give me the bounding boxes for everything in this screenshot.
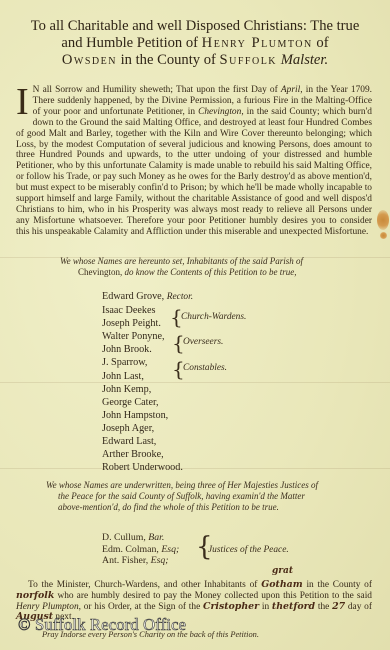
paper-fold-line xyxy=(0,382,390,383)
closing-text: the xyxy=(315,602,332,612)
title-text: of xyxy=(313,35,329,51)
closing-text: day of xyxy=(345,602,372,612)
handwritten-town: thetford xyxy=(272,601,315,612)
handwritten-annotation: grat xyxy=(272,566,293,576)
title-text: in the County of xyxy=(117,52,220,68)
attestation-line: We whose Names are hereunto set, Inhabit… xyxy=(60,256,350,267)
signatory-name: Edward Last, xyxy=(102,436,156,447)
trade: Malster. xyxy=(281,52,328,68)
parish-attestation: We whose Names are hereunto set, Inhabit… xyxy=(60,256,350,278)
signatory: John Hampston, xyxy=(102,409,193,422)
justice-name: Ant. Fisher, xyxy=(102,555,148,566)
role-church-wardens: Church-Wardens. xyxy=(181,312,246,322)
paper-stain xyxy=(377,210,389,230)
signatory-name: John Hampston, xyxy=(102,410,168,421)
petition-document: To all Charitable and well Disposed Chri… xyxy=(0,0,390,650)
signatory-name: George Cater, xyxy=(102,397,159,408)
signatory-name: Joseph Peight. xyxy=(102,318,161,329)
signatory: Robert Underwood. xyxy=(102,461,193,474)
signatory: Arther Brooke, xyxy=(102,448,193,461)
drop-cap: I xyxy=(16,86,29,118)
justice-title: Esq; xyxy=(161,544,179,555)
handwritten-place: Gotham xyxy=(261,579,302,590)
copyright-watermark: © Suffolk Record Office xyxy=(18,615,186,635)
justice-name: D. Cullum, xyxy=(102,532,146,543)
title-line-2: and Humble Petition of Henry Plumton of xyxy=(10,35,380,52)
petition-body: IN all Sorrow and Humility sheweth; That… xyxy=(16,85,372,238)
attestation-line: Chevington, do know the Contents of this… xyxy=(60,267,350,278)
justice: Edm. Colman, Esq; xyxy=(102,544,179,556)
signatory-name: Arther Brooke, xyxy=(102,449,164,460)
closing-text: in xyxy=(259,602,272,612)
justices-list: D. Cullum, Bar. Edm. Colman, Esq; Ant. F… xyxy=(102,532,179,567)
attestation-line: the Peace for the said County of Suffolk… xyxy=(46,491,376,502)
closing-text: who are humbly desired to pay the Money … xyxy=(54,591,372,601)
title-text: and Humble Petition of xyxy=(61,35,201,51)
body-text: N all Sorrow and Humility sheweth; That … xyxy=(33,85,281,95)
role-justices: Justices of the Peace. xyxy=(208,545,289,555)
signatory-name: Joseph Ager, xyxy=(102,423,154,434)
closing-text: , or his Order, at the Sign of the xyxy=(79,602,203,612)
handwritten-day: 27 xyxy=(332,601,345,612)
title-line-1: To all Charitable and well Disposed Chri… xyxy=(10,18,380,35)
petitioner-name: Henry Plumpton xyxy=(16,602,79,612)
signatory-name: J. Sparrow, xyxy=(102,357,147,368)
justices-attestation: We whose Names are underwritten, being t… xyxy=(46,480,376,513)
paper-fold-line xyxy=(0,468,390,469)
title-line-3: Owsden in the County of Suffolk Malster. xyxy=(10,52,380,69)
petitioner-name: Henry Plumton xyxy=(202,35,313,51)
place-name: Owsden xyxy=(62,52,117,68)
county-name: Suffolk xyxy=(220,52,278,68)
closing-text: in the County of xyxy=(303,580,372,590)
role-overseers: Overseers. xyxy=(183,337,223,347)
justice: D. Cullum, Bar. xyxy=(102,532,179,544)
signatory-name: Walter Ponyne, xyxy=(102,331,165,342)
handwritten-sign: Cristopher xyxy=(203,601,259,612)
signatory: Edward Grove, Rector. xyxy=(102,290,193,304)
signatory-name: John Last, xyxy=(102,371,144,382)
signatory-name: Edward Grove, xyxy=(102,291,164,302)
signatory: George Cater, xyxy=(102,396,193,409)
signatory-name: John Kemp, xyxy=(102,384,151,395)
closing-text: To the Minister, Church-Wardens, and oth… xyxy=(16,580,261,590)
petition-title: To all Charitable and well Disposed Chri… xyxy=(10,18,380,69)
signatory-role: Rector. xyxy=(167,292,193,302)
role-constables: Constables. xyxy=(183,363,227,373)
signatory: Joseph Ager, xyxy=(102,422,193,435)
attestation-line: We whose Names are underwritten, being t… xyxy=(46,480,376,491)
body-month: April xyxy=(281,85,300,95)
signatory-name: John Brook. xyxy=(102,344,152,355)
signatory-name: Robert Underwood. xyxy=(102,462,183,473)
attestation-place: Chevington, xyxy=(78,267,122,277)
body-text: , in the said County; which burn'd down … xyxy=(16,107,372,237)
justice-name: Edm. Colman, xyxy=(102,544,159,555)
justice: Ant. Fisher, Esq; xyxy=(102,555,179,567)
signatory: John Kemp, xyxy=(102,383,193,396)
attestation-line: above-mention'd, do find the whole of th… xyxy=(46,502,376,513)
paper-stain xyxy=(380,232,387,239)
justice-title: Esq; xyxy=(151,555,169,566)
handwritten-county: norfolk xyxy=(16,590,54,601)
justice-title: Bar. xyxy=(148,532,164,543)
attestation-text: do know the Contents of this Petition to… xyxy=(122,267,296,277)
signatory: Edward Last, xyxy=(102,435,193,448)
signatory-name: Isaac Deekes xyxy=(102,305,155,316)
body-parish: Chevington xyxy=(198,107,241,117)
